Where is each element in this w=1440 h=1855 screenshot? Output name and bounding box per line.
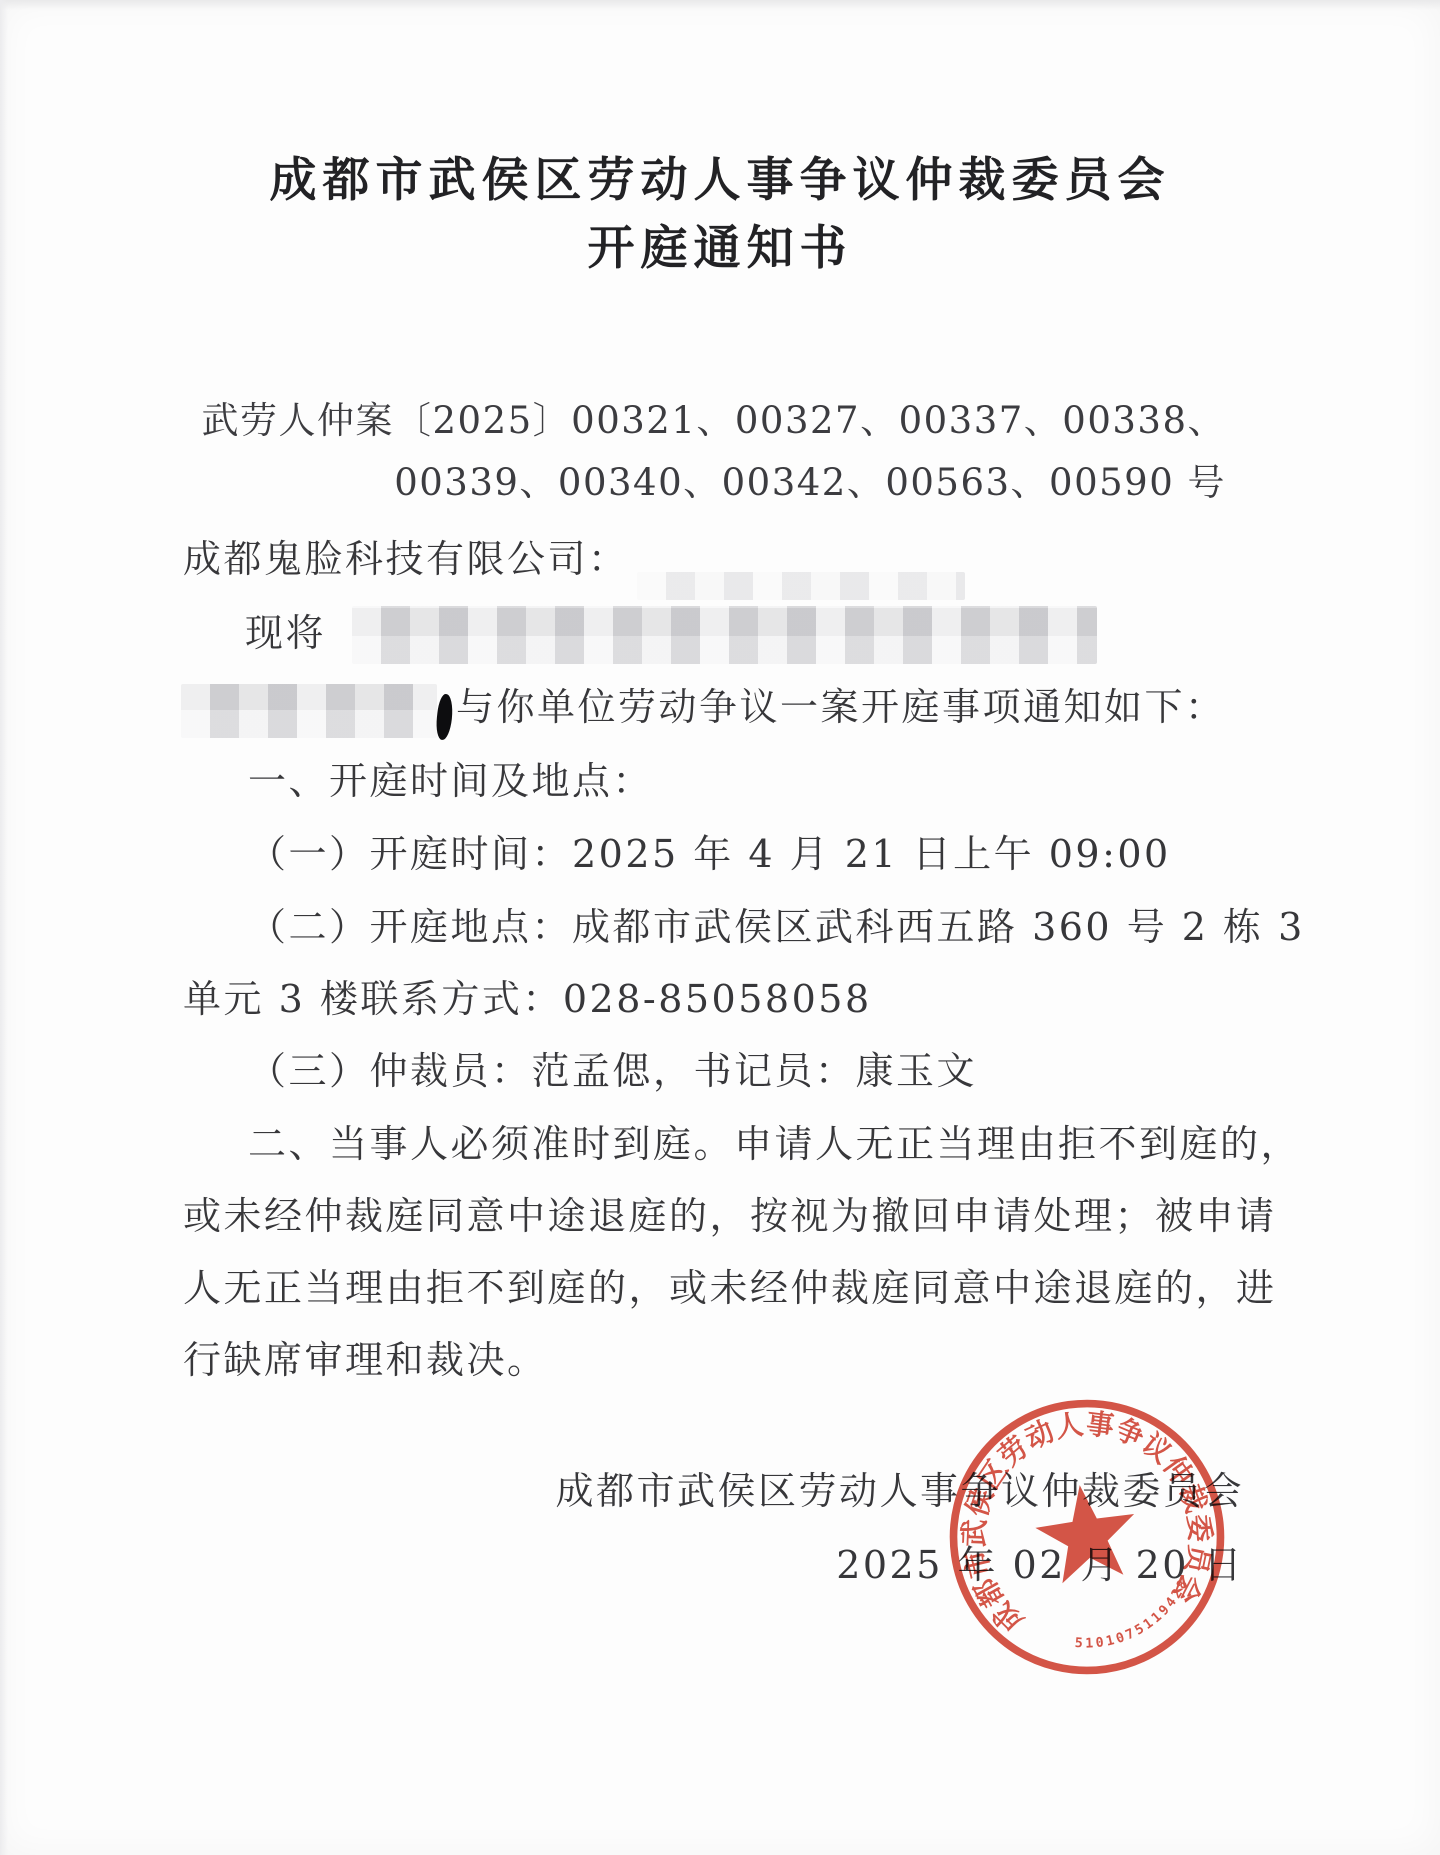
redacted-text-blur-small <box>637 572 965 600</box>
body-para2-suffix: 与你单位劳动争议一案开庭事项通知如下： <box>456 684 1226 732</box>
arbitrator-item: （三）仲裁员：范孟偲，书记员：康玉文 <box>248 1048 977 1096</box>
document-title-line2: 开庭通知书 <box>0 220 1440 279</box>
section1-heading: 一、开庭时间及地点： <box>248 758 653 806</box>
document-title-line1: 成都市武侯区劳动人事争议仲裁委员会 <box>0 152 1440 211</box>
seal-serial-number: 5101075119428 <box>1066 1574 1200 1655</box>
svg-text:5101075119428: 5101075119428 <box>1066 1574 1200 1655</box>
scanned-document-page: 成都市武侯区劳动人事争议仲裁委员会 开庭通知书 武劳人仲案〔2025〕00321… <box>0 0 1440 1855</box>
redacted-names-blur-1 <box>352 606 1097 664</box>
redaction-ink-mark <box>435 693 455 740</box>
section2-line3: 人无正当理由拒不到庭的，或未经仲裁庭同意中途退庭的，进 <box>183 1265 1277 1313</box>
hearing-location-item-line2: 单元 3 楼联系方式：028-85058058 <box>183 976 872 1024</box>
hearing-location-item-line1: （二）开庭地点：成都市武侯区武科西五路 360 号 2 栋 3 <box>248 904 1305 952</box>
section2-line4: 行缺席审理和裁决。 <box>183 1337 548 1385</box>
redacted-names-blur-2 <box>181 684 437 738</box>
official-red-seal: 成都市武侯区劳动人事争议仲裁委员会 5101075119428 <box>925 1375 1248 1698</box>
section2-line2: 或未经仲裁庭同意中途退庭的，按视为撤回申请处理；被申请 <box>183 1193 1277 1241</box>
seal-star-icon <box>1030 1478 1142 1586</box>
hearing-time-item: （一）开庭时间：2025 年 4 月 21 日上午 09:00 <box>248 831 1171 879</box>
body-para1-prefix: 现将 <box>245 610 326 658</box>
section2-line1: 二、当事人必须准时到庭。申请人无正当理由拒不到庭的， <box>248 1121 1301 1169</box>
case-number-line2: 00339、00340、00342、00563、00590 号 <box>394 460 1226 506</box>
addressee-company: 成都鬼脸科技有限公司： <box>183 536 629 584</box>
case-number-line1: 武劳人仲案〔2025〕00321、00327、00337、00338、 <box>202 398 1226 444</box>
